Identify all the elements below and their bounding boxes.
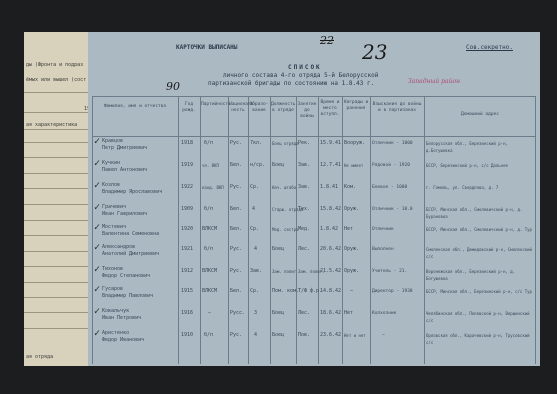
header-join-date: Время и место вступл. [319,100,341,118]
page-number: 23 [362,40,387,64]
checkmark-icon: ✓ [94,328,100,339]
header-prewar-job: Занятие до войны [297,102,317,120]
header-address: Домашний адрес [426,112,534,118]
table-row: ✓ Мостевич Валентина Семеновна 1920 ВЛКС… [92,224,536,244]
header-position: Должность в отряде [271,102,295,114]
document-subtitle-1: личного состава 4-го отряда 5-й Белорусс… [223,72,378,79]
checkmark-icon: ✓ [94,284,100,295]
checkmark-icon: ✓ [94,180,100,191]
card-text-line: ая характеристика [26,122,77,128]
table-row: ✓ Ковальчук Иван Петрович 1916 — Русс. 3… [92,308,536,330]
table-row: ✓ Козлов Владимир Ярославович 1922 канд.… [92,182,536,204]
checkmark-icon: ✓ [94,242,100,253]
card-text-line: ды (Фронта и подраз [26,62,83,68]
checkmark-icon: ✓ [94,202,100,213]
table-row: ✓ Кучкин Павел Антонович 1919 чл. ВКП Бе… [92,160,536,182]
document-title: СПИСОК [288,64,322,71]
table-row: ✓ Кравцов Петр Дмитриевич 1918 б/п Рус. … [92,138,536,160]
checkmark-icon: ✓ [94,158,100,169]
table-row: ✓ Гусаров Владимир Павлович 1915 ВЛКСМ Б… [92,286,536,308]
roster-table: Фамилия, имя и отчество Год рожд. Партий… [92,96,536,364]
table-row: ✓ Аристенко Федор Иванович 1910 б/п Рус.… [92,330,536,352]
header-status: Взыскания до войны и в партизанах [372,102,422,114]
card-text-line: ая отряда [26,354,53,360]
checkmark-icon: ✓ [94,264,100,275]
margin-number: 90 [166,80,180,93]
secrecy-label: Сов.секретно. [466,44,513,51]
cards-issued-stamp: КАРТОЧКИ ВЫПИСАНЫ [176,44,237,51]
checkmark-icon: ✓ [94,306,100,317]
table-row: ✓ Грачевич Иван Гаврилович 1909 б/п Бел.… [92,204,536,224]
header-name: Фамилия, имя и отчество [94,104,176,110]
header-education: Образо-вание [249,102,269,114]
header-party: Партийность [201,102,227,108]
handwritten-note: Западный район [408,78,460,85]
table-row: ✓ Александров Анатолий Дмитриевич 1921 б… [92,244,536,266]
header-awards: Награды и ранения [343,100,369,112]
attached-index-card: ды (Фронта и подраз ёмых или вышел (сост… [24,32,94,366]
struck-number: 22 [320,34,334,47]
header-nationality: Националь-ность [229,102,247,114]
card-text-line: ёмых или вышел (сост [26,77,86,83]
checkmark-icon: ✓ [94,136,100,147]
roster-sheet: КАРТОЧКИ ВЫПИСАНЫ Сов.секретно. 22 23 90… [88,32,540,366]
checkmark-icon: ✓ [94,222,100,233]
document-subtitle-2: партизанской бригады по состоянию на 1.8… [208,80,374,87]
header-year: Год рожд. [179,102,199,114]
table-row: ✓ Тихонов Федор Степанович 1912 ВЛКСМ Ру… [92,266,536,286]
